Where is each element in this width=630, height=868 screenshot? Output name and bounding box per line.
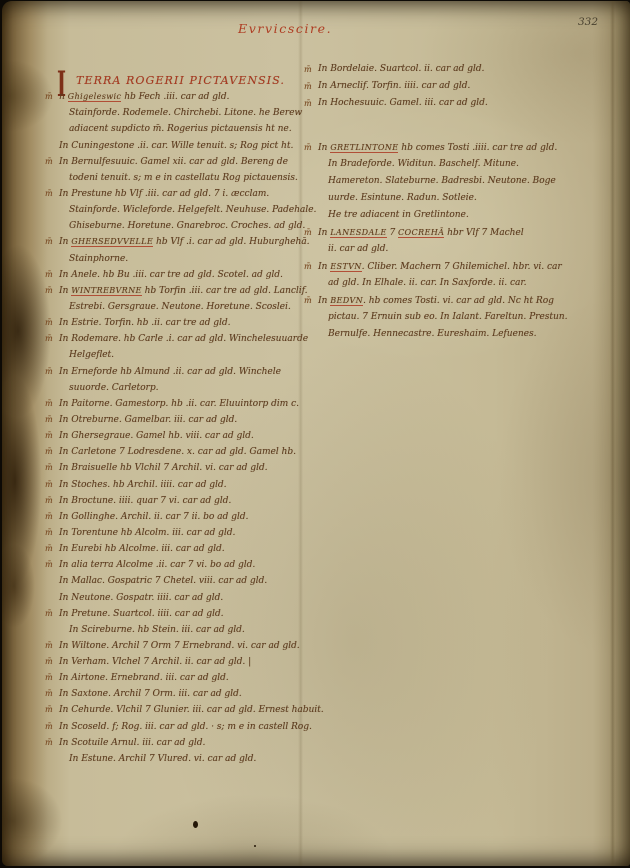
entry-text: hb Vlf .i. car ad gld. Huburghehā. bbox=[153, 237, 309, 247]
entry-text: In Braisuelle hb Vlchil 7 Archil. vi. ca… bbox=[59, 463, 268, 473]
manor-margin-mark: m̄ bbox=[45, 638, 53, 654]
manuscript-line: m̄In Hochesuuic. Gamel. iii. car ad gld. bbox=[318, 95, 618, 112]
manuscript-line: m̄In Verham. Vlchel 7 Archil. ii. car ad… bbox=[59, 654, 329, 670]
entry-text: In Wiltone. Archil 7 Orm 7 Ernebrand. vi… bbox=[59, 641, 300, 651]
place-name-underlined: COCREHĀ bbox=[398, 228, 444, 238]
entry-text: In Stoches. hb Archil. iiii. car ad gld. bbox=[59, 480, 227, 490]
manor-margin-mark: m̄ bbox=[45, 186, 53, 202]
manor-margin-mark: m̄ bbox=[45, 654, 53, 670]
manuscript-line: m̄In Gollinghe. Archil. ii. car 7 ii. bo… bbox=[59, 509, 329, 525]
manuscript-line: He tre adiacent in Gretlintone. bbox=[318, 207, 618, 224]
manor-margin-mark: m̄ bbox=[45, 444, 53, 460]
manor-margin-mark: m̄ bbox=[45, 460, 53, 476]
place-name-underlined: LANESDALE bbox=[330, 228, 386, 238]
manuscript-line: In Neutone. Gospatr. iiii. car ad gld. bbox=[59, 590, 329, 606]
manor-margin-mark: m̄ bbox=[45, 283, 53, 299]
manuscript-line: m̄In Rodemare. hb Carle .i. car ad gld. … bbox=[59, 331, 329, 347]
manuscript-line: m̄In Estrie. Torfin. hb .ii. car tre ad … bbox=[59, 315, 329, 331]
manuscript-line: m̄In Ghersegraue. Gamel hb. viii. car ad… bbox=[59, 428, 329, 444]
entry-text: In Carletone 7 Lodresdene. x. car ad gld… bbox=[59, 447, 296, 457]
manuscript-line: m̄In Broctune. iiii. quar 7 vi. car ad g… bbox=[59, 493, 329, 509]
place-name-underlined: BEDVN bbox=[330, 296, 363, 306]
manuscript-line: m̄In Paitorne. Gamestorp. hb .ii. car. E… bbox=[59, 396, 329, 412]
manor-margin-mark: m̄ bbox=[45, 509, 53, 525]
entry-text: In Bordelaie. Suartcol. ii. car ad gld. bbox=[318, 64, 484, 74]
manuscript-line: m̄In Otreburne. Gamelbar. iii. car ad gl… bbox=[59, 412, 329, 428]
manor-margin-mark: m̄ bbox=[45, 89, 53, 105]
entry-text: In Gollinghe. Archil. ii. car 7 ii. bo a… bbox=[59, 512, 248, 522]
manuscript-line: pictau. 7 Ernuin sub eo. In Ialant. Fare… bbox=[318, 309, 618, 326]
entry-text: In Scotuile Arnul. iii. car ad gld. bbox=[59, 738, 205, 748]
manuscript-line: m̄In Bordelaie. Suartcol. ii. car ad gld… bbox=[318, 61, 618, 78]
manuscript-line: m̄In Pretune. Suartcol. iiii. car ad gld… bbox=[59, 606, 329, 622]
place-name-underlined: ESTVN bbox=[330, 262, 361, 272]
manuscript-line: m̄In Prestune hb Vlf .iii. car ad gld. 7… bbox=[59, 186, 329, 202]
entry-text: In Torentune hb Alcolm. iii. car ad gld. bbox=[59, 528, 235, 538]
manuscript-line: adiacent supdicto m̄. Rogerius pictauens… bbox=[59, 121, 329, 137]
parchment-page: Evrvicscire. 332 I TERRA ROGERII PICTAVE… bbox=[2, 1, 630, 866]
manuscript-line: Stainforde. Wicleforde. Helgefelt. Neuhu… bbox=[59, 202, 329, 218]
manuscript-line: m̄In Torentune hb Alcolm. iii. car ad gl… bbox=[59, 525, 329, 541]
manuscript-line: ii. car ad gld. bbox=[318, 241, 618, 258]
manor-margin-mark: m̄ bbox=[45, 735, 53, 751]
manuscript-line: todeni tenuit. s; m e in castellatu Rog … bbox=[59, 170, 329, 186]
entry-text: hb Torfin .iii. car tre ad gld. Lanclif. bbox=[142, 286, 308, 296]
entry-text: In Cehurde. Vlchil 7 Glunier. iii. car a… bbox=[59, 705, 324, 715]
entry-text: In Mallac. Gospatric 7 Chetel. viii. car… bbox=[59, 576, 267, 586]
manor-margin-mark: m̄ bbox=[45, 364, 53, 380]
entry-text: In Saxtone. Archil 7 Orm. iii. car ad gl… bbox=[59, 689, 242, 699]
manuscript-line: Stainforde. Rodemele. Chirchebi. Litone.… bbox=[59, 105, 329, 121]
entry-text: hb comes Tosti .iiii. car tre ad gld. bbox=[398, 143, 557, 153]
rubric-heading-line: TERRA ROGERII PICTAVENSIS. bbox=[59, 73, 329, 89]
manor-margin-mark: m̄ bbox=[45, 686, 53, 702]
manuscript-line: In Cuningestone .ii. car. Wille tenuit. … bbox=[59, 138, 329, 154]
manor-margin-mark: m̄ bbox=[45, 525, 53, 541]
manuscript-line: ad gld. In Elhale. ii. car. In Saxforde.… bbox=[318, 275, 618, 292]
entry-text: In Ghersegraue. Gamel hb. viii. car ad g… bbox=[59, 431, 254, 441]
entry-text: In Eurebi hb Alcolme. iii. car ad gld. bbox=[59, 544, 225, 554]
manor-margin-mark: m̄ bbox=[45, 702, 53, 718]
manuscript-line: m̄In Eurebi hb Alcolme. iii. car ad gld. bbox=[59, 541, 329, 557]
entry-text: hbr Vlf 7 Machel bbox=[444, 228, 523, 238]
entry-text: In Scoseld. f; Rog. iii. car ad gld. · s… bbox=[59, 722, 312, 732]
manuscript-line: m̄In WINTREBVRNE hb Torfin .iii. car tre… bbox=[59, 283, 329, 299]
entry-text: Helgeflet. bbox=[69, 350, 114, 360]
manuscript-line: m̄In GHERSEDVVELLE hb Vlf .i. car ad gld… bbox=[59, 234, 329, 250]
manuscript-line: In Mallac. Gospatric 7 Chetel. viii. car… bbox=[59, 573, 329, 589]
entry-text: suuorde. Carletorp. bbox=[69, 383, 158, 393]
ink-speck bbox=[254, 845, 256, 847]
manuscript-line: m̄In alia terra Alcolme .ii. car 7 vi. b… bbox=[59, 557, 329, 573]
manuscript-photo: Evrvicscire. 332 I TERRA ROGERII PICTAVE… bbox=[0, 0, 630, 868]
manor-margin-mark: m̄ bbox=[45, 331, 53, 347]
entry-text: Ghiseburne. Horetune. Gnarebroc. Croches… bbox=[69, 221, 305, 231]
entry-text: In Rodemare. hb Carle .i. car ad gld. Wi… bbox=[59, 334, 308, 344]
entry-text: hb Fech .iii. car ad gld. bbox=[121, 92, 229, 102]
manor-margin-mark: m̄ bbox=[45, 412, 53, 428]
manor-margin-mark: m̄ bbox=[45, 234, 53, 250]
entry-text: In bbox=[318, 143, 330, 153]
manor-margin-mark: m̄ bbox=[45, 315, 53, 331]
manuscript-line: m̄In Airtone. Ernebrand. iii. car ad gld… bbox=[59, 670, 329, 686]
manor-margin-mark: m̄ bbox=[45, 606, 53, 622]
entry-text: Stainforde. Rodemele. Chirchebi. Litone.… bbox=[69, 108, 302, 118]
entry-text: In bbox=[318, 262, 330, 272]
manor-margin-mark: m̄ bbox=[304, 292, 312, 309]
manor-margin-mark: m̄ bbox=[304, 258, 312, 275]
manuscript-line: m̄n Ghigeleswic hb Fech .iii. car ad gld… bbox=[59, 89, 329, 105]
manor-margin-mark: m̄ bbox=[45, 541, 53, 557]
entry-text: . hb comes Tosti. vi. car ad gld. Nc ht … bbox=[363, 296, 554, 306]
entry-text: In Airtone. Ernebrand. iii. car ad gld. bbox=[59, 673, 229, 683]
ink-speck bbox=[193, 821, 198, 828]
rubric-text: TERRA ROGERII PICTAVENSIS. bbox=[76, 74, 285, 87]
manuscript-line: m̄In Saxtone. Archil 7 Orm. iii. car ad … bbox=[59, 686, 329, 702]
manuscript-line: m̄In Scotuile Arnul. iii. car ad gld. bbox=[59, 735, 329, 751]
manor-margin-mark: m̄ bbox=[304, 139, 312, 156]
entry-text: In Bernulfesuuic. Gamel xii. car ad gld.… bbox=[59, 157, 288, 167]
entry-text: adiacent supdicto m̄. Rogerius pictauens… bbox=[69, 124, 292, 134]
manuscript-line: m̄In Bernulfesuuic. Gamel xii. car ad gl… bbox=[59, 154, 329, 170]
column-gap bbox=[318, 112, 618, 139]
manuscript-line: m̄In Erneforde hb Almund .ii. car ad gld… bbox=[59, 364, 329, 380]
manor-margin-mark: m̄ bbox=[45, 557, 53, 573]
entry-text: In Verham. Vlchel 7 Archil. ii. car ad g… bbox=[59, 657, 251, 667]
entry-text: In Otreburne. Gamelbar. iii. car ad gld. bbox=[59, 415, 237, 425]
manuscript-line: Stainphorne. bbox=[59, 251, 329, 267]
manuscript-line: Bernulfe. Hennecastre. Eureshaim. Lefuen… bbox=[318, 326, 618, 343]
manuscript-line: In Bradeforde. Widitun. Baschelf. Mitune… bbox=[318, 156, 618, 173]
place-name-underlined: WINTREBVRNE bbox=[71, 286, 142, 296]
entry-text: . Cliber. Machern 7 Ghilemichel. hbr. vi… bbox=[362, 262, 562, 272]
manuscript-line: m̄In GRETLINTONE hb comes Tosti .iiii. c… bbox=[318, 139, 618, 156]
manor-margin-mark: m̄ bbox=[45, 477, 53, 493]
manor-margin-mark: m̄ bbox=[45, 267, 53, 283]
manor-margin-mark: m̄ bbox=[45, 719, 53, 735]
manuscript-line: m̄In LANESDALE 7 COCREHĀ hbr Vlf 7 Mache… bbox=[318, 224, 618, 241]
entry-text: In Paitorne. Gamestorp. hb .ii. car. Elu… bbox=[59, 399, 299, 409]
entry-text: ad gld. In Elhale. ii. car. In Saxforde.… bbox=[328, 278, 527, 288]
manuscript-line: In Estune. Archil 7 Vlured. vi. car ad g… bbox=[59, 751, 329, 767]
entry-text: In bbox=[59, 237, 71, 247]
entry-text: ii. car ad gld. bbox=[328, 244, 388, 254]
manuscript-line: m̄In Scoseld. f; Rog. iii. car ad gld. ·… bbox=[59, 719, 329, 735]
entry-text: Hamereton. Slateburne. Badresbi. Neutone… bbox=[328, 176, 556, 186]
manuscript-line: Helgeflet. bbox=[59, 347, 329, 363]
entry-text: He tre adiacent in Gretlintone. bbox=[328, 210, 469, 220]
manuscript-line: m̄In Cehurde. Vlchil 7 Glunier. iii. car… bbox=[59, 702, 329, 718]
manor-margin-mark: m̄ bbox=[45, 396, 53, 412]
entry-text: In Scireburne. hb Stein. iii. car ad gld… bbox=[69, 625, 245, 635]
entry-text: In Estrie. Torfin. hb .ii. car tre ad gl… bbox=[59, 318, 230, 328]
entry-text: n bbox=[59, 92, 68, 102]
entry-text: In Cuningestone .ii. car. Wille tenuit. … bbox=[59, 141, 293, 151]
manuscript-line: uurde. Esintune. Radun. Sotleie. bbox=[318, 190, 618, 207]
entry-text: In bbox=[318, 228, 330, 238]
entry-text: In alia terra Alcolme .ii. car 7 vi. bo … bbox=[59, 560, 255, 570]
manor-margin-mark: m̄ bbox=[304, 224, 312, 241]
entry-text: Bernulfe. Hennecastre. Eureshaim. Lefuen… bbox=[328, 329, 536, 339]
manuscript-line: m̄In Arneclif. Torfin. iiii. car ad gld. bbox=[318, 78, 618, 95]
place-name-underlined: Ghigeleswic bbox=[68, 92, 122, 102]
entry-text: Estrebi. Gersgraue. Neutone. Horetune. S… bbox=[69, 302, 291, 312]
manuscript-line: Ghiseburne. Horetune. Gnarebroc. Croches… bbox=[59, 218, 329, 234]
entry-text: In Prestune hb Vlf .iii. car ad gld. 7 i… bbox=[59, 189, 269, 199]
entry-text: In Arneclif. Torfin. iiii. car ad gld. bbox=[318, 81, 470, 91]
entry-text: In Anele. hb Bu .iii. car tre ad gld. Sc… bbox=[59, 270, 283, 280]
manuscript-line: m̄In ESTVN. Cliber. Machern 7 Ghilemiche… bbox=[318, 258, 618, 275]
manuscript-line: suuorde. Carletorp. bbox=[59, 380, 329, 396]
entry-text: In bbox=[59, 286, 71, 296]
entry-text: In Neutone. Gospatr. iiii. car ad gld. bbox=[59, 593, 223, 603]
manor-margin-mark: m̄ bbox=[45, 428, 53, 444]
entry-text: pictau. 7 Ernuin sub eo. In Ialant. Fare… bbox=[328, 312, 567, 322]
entry-text: In Estune. Archil 7 Vlured. vi. car ad g… bbox=[69, 754, 256, 764]
entry-text: Stainforde. Wicleforde. Helgefelt. Neuhu… bbox=[69, 205, 316, 215]
entry-text: 7 bbox=[387, 228, 398, 238]
entry-text: In Broctune. iiii. quar 7 vi. car ad gld… bbox=[59, 496, 231, 506]
manor-margin-mark: m̄ bbox=[304, 61, 312, 78]
manuscript-line: m̄In Wiltone. Archil 7 Orm 7 Ernebrand. … bbox=[59, 638, 329, 654]
manor-margin-mark: m̄ bbox=[45, 670, 53, 686]
manor-margin-mark: m̄ bbox=[45, 154, 53, 170]
manor-margin-mark: m̄ bbox=[45, 493, 53, 509]
manuscript-line: m̄In Anele. hb Bu .iii. car tre ad gld. … bbox=[59, 267, 329, 283]
manuscript-line: m̄In Carletone 7 Lodresdene. x. car ad g… bbox=[59, 444, 329, 460]
manuscript-line: Hamereton. Slateburne. Badresbi. Neutone… bbox=[318, 173, 618, 190]
column-right: m̄In Bordelaie. Suartcol. ii. car ad gld… bbox=[318, 61, 618, 343]
page-title: Evrvicscire. bbox=[238, 21, 332, 36]
entry-text: In Hochesuuic. Gamel. iii. car ad gld. bbox=[318, 98, 488, 108]
place-name-underlined: GRETLINTONE bbox=[330, 143, 398, 153]
entry-text: In Bradeforde. Widitun. Baschelf. Mitune… bbox=[328, 159, 519, 169]
place-name-underlined: GHERSEDVVELLE bbox=[71, 237, 153, 247]
entry-text: Stainphorne. bbox=[69, 254, 128, 264]
manor-margin-mark: m̄ bbox=[304, 95, 312, 112]
entry-text: In Erneforde hb Almund .ii. car ad gld. … bbox=[59, 367, 281, 377]
entry-text: todeni tenuit. s; m e in castellatu Rog … bbox=[69, 173, 298, 183]
manor-margin-mark: m̄ bbox=[304, 78, 312, 95]
manuscript-line: In Scireburne. hb Stein. iii. car ad gld… bbox=[59, 622, 329, 638]
column-left: TERRA ROGERII PICTAVENSIS.m̄n Ghigeleswi… bbox=[59, 73, 329, 767]
entry-text: In bbox=[318, 296, 330, 306]
manuscript-line: Estrebi. Gersgraue. Neutone. Horetune. S… bbox=[59, 299, 329, 315]
manuscript-line: m̄In Braisuelle hb Vlchil 7 Archil. vi. … bbox=[59, 460, 329, 476]
entry-text: uurde. Esintune. Radun. Sotleie. bbox=[328, 193, 477, 203]
entry-text: In Pretune. Suartcol. iiii. car ad gld. bbox=[59, 609, 224, 619]
manuscript-line: m̄In BEDVN. hb comes Tosti. vi. car ad g… bbox=[318, 292, 618, 309]
folio-number: 332 bbox=[578, 16, 598, 28]
manuscript-line: m̄In Stoches. hb Archil. iiii. car ad gl… bbox=[59, 477, 329, 493]
